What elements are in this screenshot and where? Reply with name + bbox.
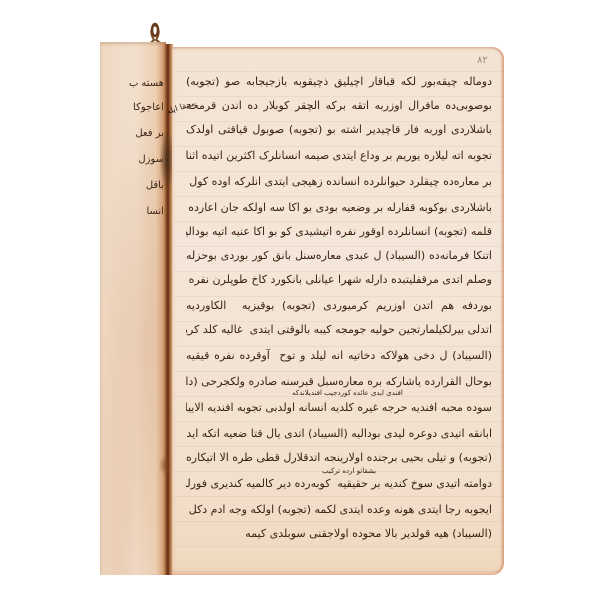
manuscript-line: ابانقه اتیدی دوعره لیدی بودالیه (السیباد… [186, 425, 492, 443]
manuscript-line: (تجوبه) و تیلی بحیی برجنده اولارینجه اتد… [186, 449, 492, 467]
spine-stitch [159, 455, 171, 475]
manuscript-line: (السیباد) هیه قولدیر بالا محوده اولاجقنی… [242, 525, 492, 543]
right-page: ٨٢ بچقا ایله دوماله چیقه‌بور لکه قباقار … [172, 47, 504, 575]
page-number: ٨٢ [477, 55, 488, 66]
paper-stain [100, 42, 166, 575]
manuscript-line: باشلاردی بوکوبه قفارله بر وضعیه بودی بو … [186, 199, 492, 217]
manuscript-line: وصلم اتدی مرقفلیتبده دارله شهرا عیانلی ب… [186, 271, 492, 289]
left-page: هسته ب اعاجوکا بر فعل سوزل باقل انسا [100, 42, 166, 575]
manuscript-line: سوده محبه افندیه حرجه غیره کلدیه انسانه … [186, 399, 492, 417]
manuscript-line: بر معاره‌ده چیقلرد حیوانلرده انسانده زهی… [186, 173, 492, 191]
interlinear-note: بشقاتو ارده ترکیب [322, 467, 376, 475]
manuscript-line: بوصوبی‌ده مافرال اوزربه اتقه برکه الچقر … [186, 97, 492, 115]
manuscript-line: اتنکا فرمانه‌ده (السیباد) ل عبدی معاره‌س… [186, 247, 492, 265]
left-text-fragment: هسته ب [104, 78, 164, 90]
interlinear-note: افندی ایدی عائده کوردجیب افندیلاندکه [292, 389, 403, 397]
left-text-fragment: سوزل [104, 154, 164, 166]
manuscript-line: (السیباد) ل دخی هولاکه دخاتیه انه لیلد‌ … [186, 347, 492, 365]
left-text-fragment: انسا [104, 206, 164, 218]
manuscript-photo: هسته ب اعاجوکا بر فعل سوزل باقل انسا ٨٢ … [0, 0, 600, 600]
manuscript-line: باشلاردی اوربه فار قاچیدیر اشته بو (تجوب… [186, 121, 492, 139]
manuscript-line: دوامته اتیدی سوخ کندیه بر حقیقیه ‌ کوبه‌… [186, 475, 492, 493]
manuscript-line: ایجوبه رجا ایتدی هونه وعده ایتدی لکمه (ت… [186, 501, 492, 519]
left-text-fragment: اعاجوکا [104, 102, 164, 114]
left-text-fragment: بر فعل [104, 128, 164, 140]
manuscript-line: دوماله چیقه‌بور لکه قباقار اچیلیق ذچیقوب… [186, 73, 492, 91]
left-text-fragment: باقل [104, 180, 164, 192]
manuscript-line: بوردفه هم اتدن اوزریم کرمیوردی (تجوبه) ب… [186, 297, 492, 315]
manuscript-line: قلمه (تجوبه) انسانلرده اوقور نفره اتیشید… [186, 223, 492, 241]
manuscript-line: اتدلی بیرلکیلمارتجین حولیه جومجه کیبه با… [186, 321, 492, 339]
manuscript-line: تجوبه اته لیلاره یوریم بر وداع ایتدی صیم… [186, 147, 492, 165]
